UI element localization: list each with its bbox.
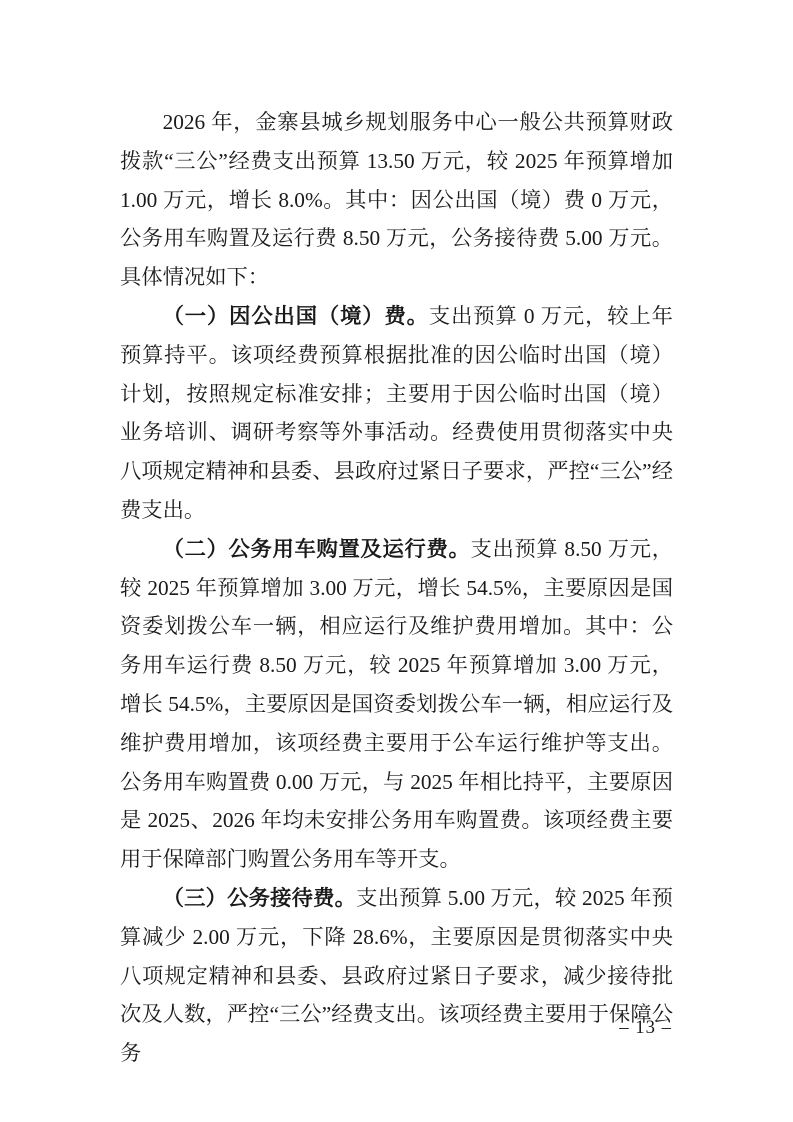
paragraph-overview: 2026 年，金寨县城乡规划服务中心一般公共预算财政拨款“三公”经费支出预算 1… — [120, 103, 673, 297]
paragraph-official-vehicle-fee-text: 支出预算 8.50 万元，较 2025 年预算增加 3.00 万元，增长 54.… — [120, 537, 673, 871]
page-number: – 13 – — [619, 1016, 672, 1040]
paragraph-outbound-travel-fee: （一）因公出国（境）费。支出预算 0 万元，较上年预算持平。该项经费预算根据批准… — [120, 297, 673, 530]
paragraph-outbound-travel-fee-head: （一）因公出国（境）费。 — [163, 304, 429, 328]
paragraph-official-reception-fee: （三）公务接待费。支出预算 5.00 万元，较 2025 年预算减少 2.00 … — [120, 879, 673, 1073]
paragraph-official-vehicle-fee-head: （二）公务用车购置及运行费。 — [163, 537, 471, 561]
paragraph-official-reception-fee-text: 支出预算 5.00 万元，较 2025 年预算减少 2.00 万元，下降 28.… — [120, 886, 673, 1065]
paragraph-overview-text: 2026 年，金寨县城乡规划服务中心一般公共预算财政拨款“三公”经费支出预算 1… — [120, 110, 673, 289]
paragraph-official-reception-fee-head: （三）公务接待费。 — [163, 886, 357, 910]
document-body: 2026 年，金寨县城乡规划服务中心一般公共预算财政拨款“三公”经费支出预算 1… — [120, 103, 673, 1073]
paragraph-official-vehicle-fee: （二）公务用车购置及运行费。支出预算 8.50 万元，较 2025 年预算增加 … — [120, 530, 673, 879]
document-page: 2026 年，金寨县城乡规划服务中心一般公共预算财政拨款“三公”经费支出预算 1… — [0, 0, 793, 1122]
paragraph-outbound-travel-fee-text: 支出预算 0 万元，较上年预算持平。该项经费预算根据批准的因公临时出国（境）计划… — [120, 304, 673, 522]
